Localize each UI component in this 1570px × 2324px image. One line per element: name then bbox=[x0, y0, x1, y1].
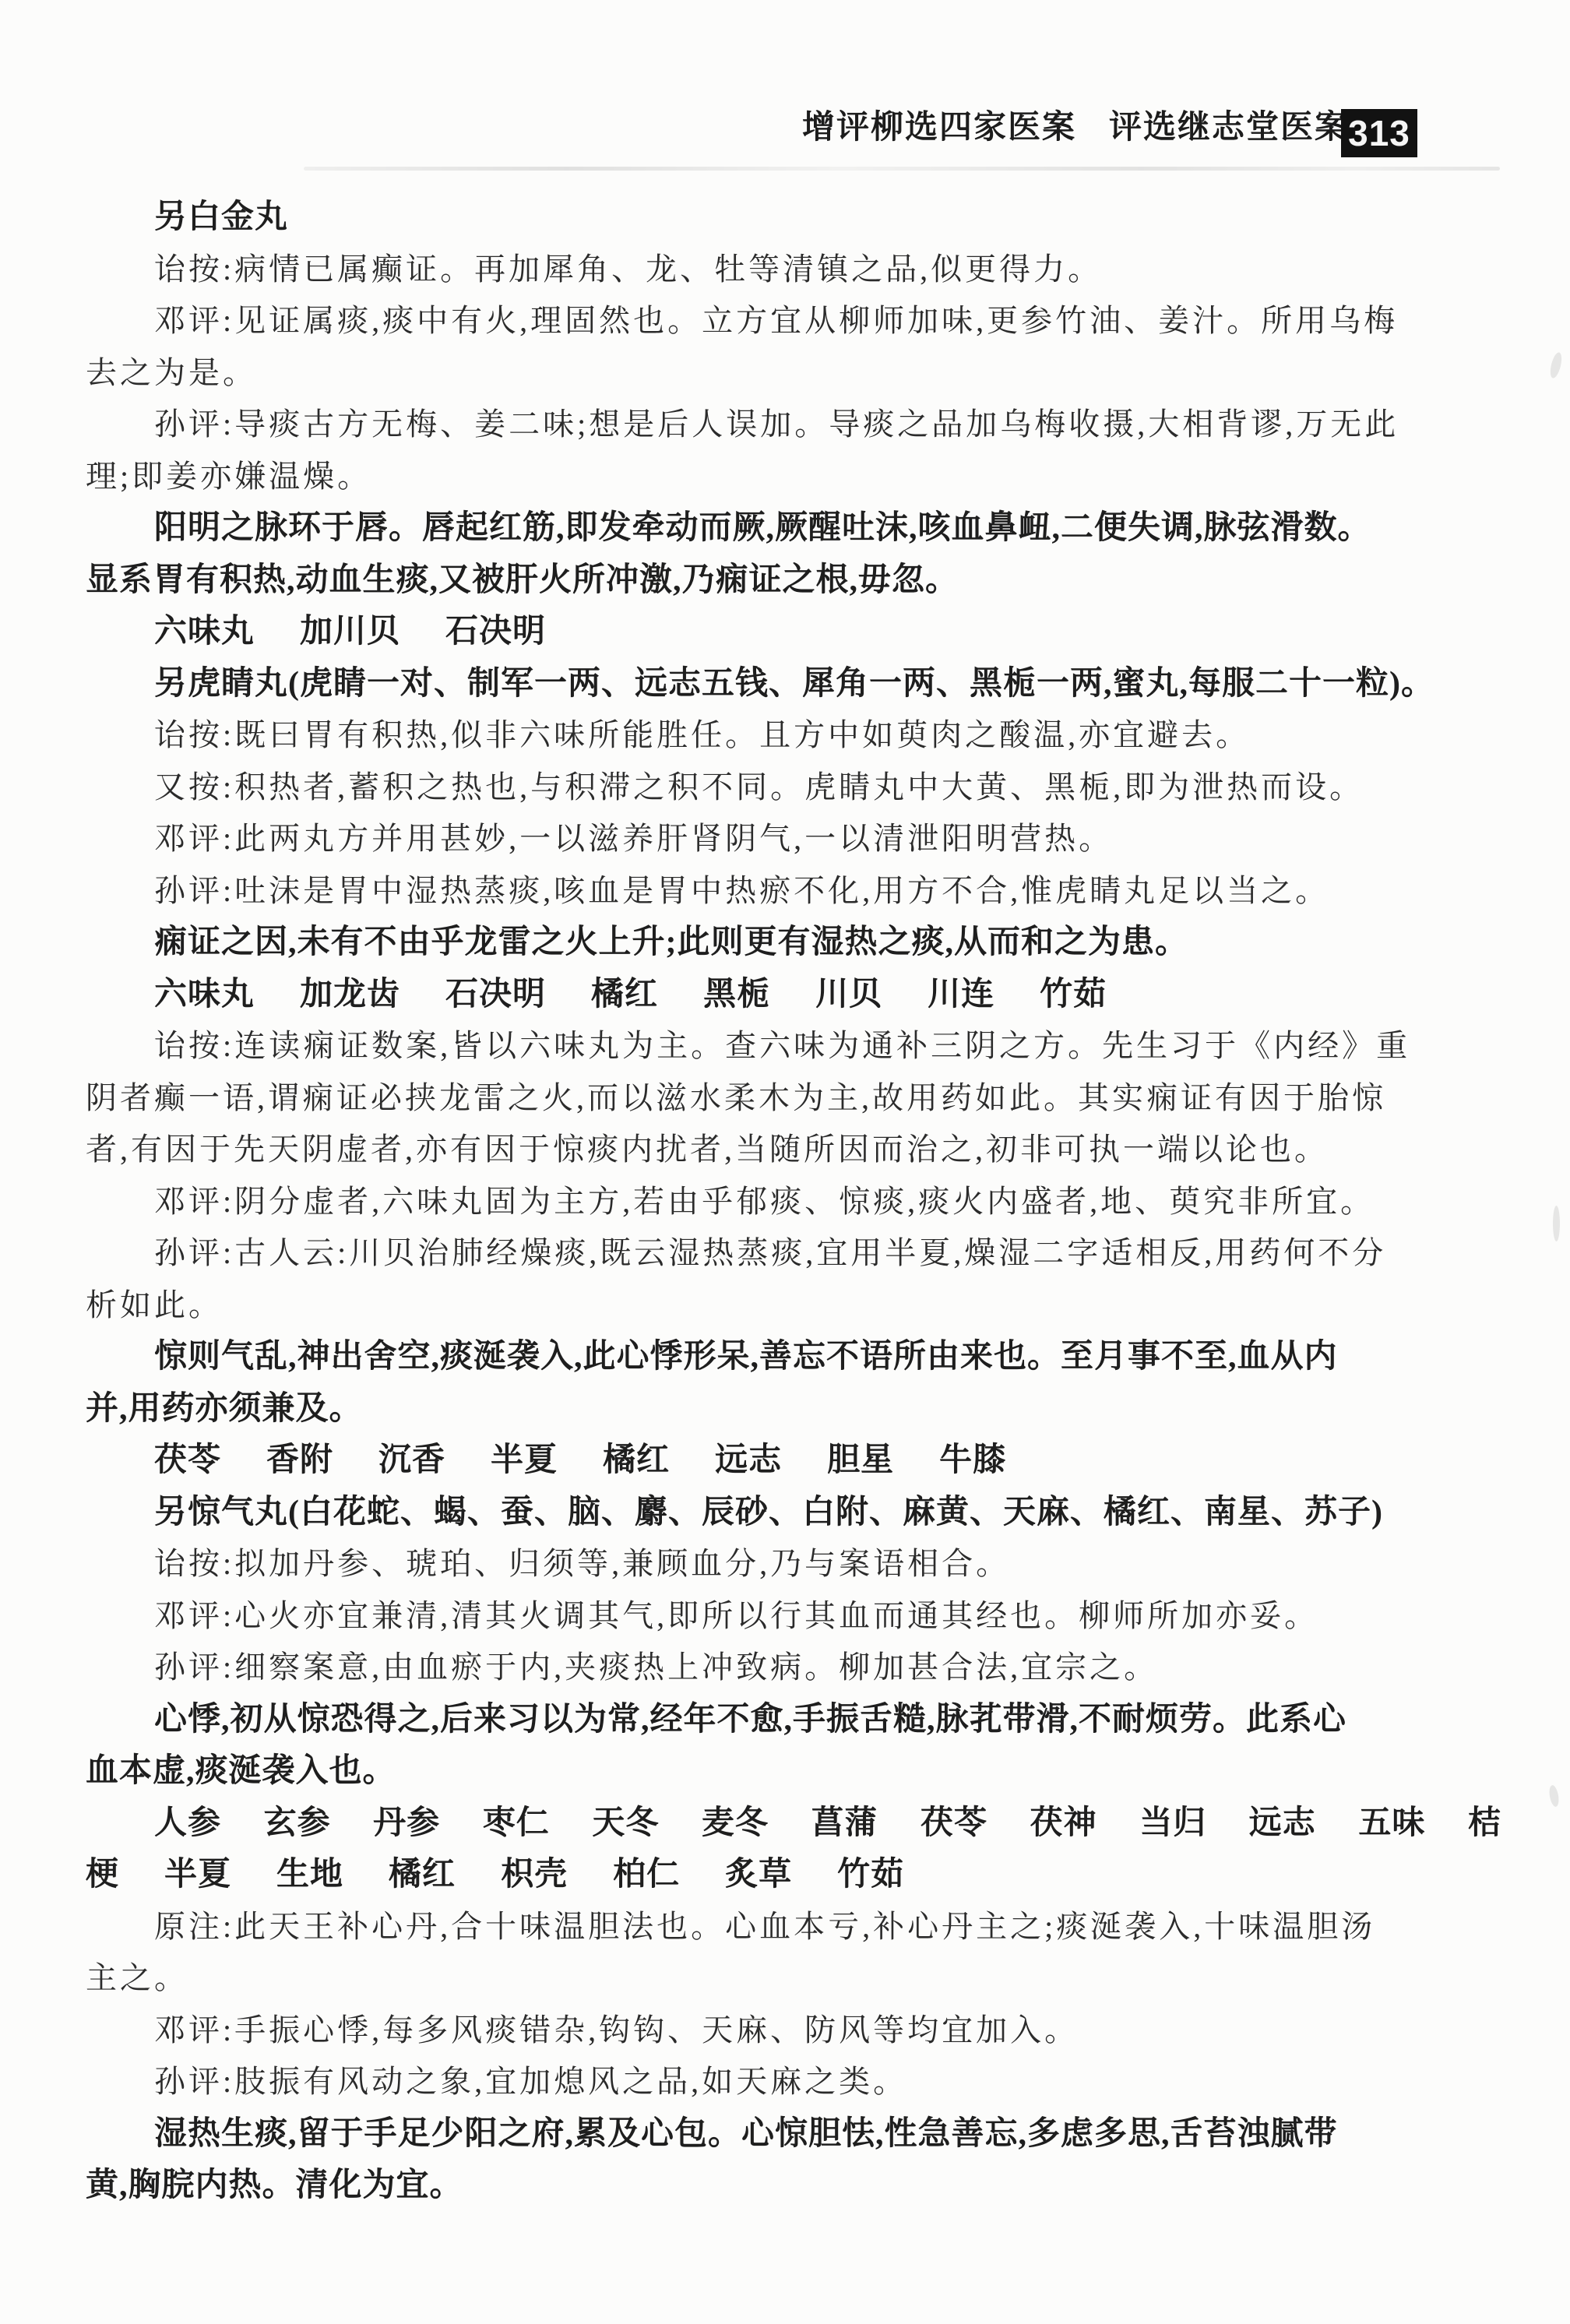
herb-item: 麦冬 bbox=[702, 1798, 769, 1850]
comment-line: 邓评:见证属痰,痰中有火,理固然也。立方宜从柳师加味,更参竹油、姜汁。所用乌梅 bbox=[86, 295, 1503, 347]
comment-line: 诒按:既曰胃有积热,似非六味所能胜任。且方中如萸肉之酸温,亦宜避去。 bbox=[86, 710, 1503, 762]
comment-line: 析如此。 bbox=[86, 1280, 1503, 1332]
herb-item: 香附 bbox=[266, 1435, 333, 1487]
herb-item: 桔 bbox=[1468, 1798, 1501, 1850]
prescription-line: 另虎睛丸(虎睛一对、制军一两、远志五钱、犀角一两、黑栀一两,蜜丸,每服二十一粒)… bbox=[86, 658, 1503, 710]
herb-list: 六味丸加龙齿石决明橘红黑栀川贝川连竹茹 bbox=[86, 969, 1503, 1021]
herb-item: 沉香 bbox=[378, 1435, 445, 1487]
scan-artifact bbox=[1548, 351, 1564, 379]
comment-line: 诒按:拟加丹参、琥珀、归须等,兼顾血分,乃与案语相合。 bbox=[86, 1538, 1503, 1590]
case-line: 湿热生痰,留于手足少阳之府,累及心包。心惊胆怯,性急善忘,多虑多思,舌苔浊腻带 bbox=[86, 2108, 1503, 2160]
herb-item: 黑栀 bbox=[703, 969, 770, 1021]
herb-item: 加龙齿 bbox=[300, 969, 400, 1021]
herb-item: 远志 bbox=[715, 1435, 782, 1487]
comment-line: 孙评:细察案意,由血瘀于内,夹痰热上冲致病。柳加甚合法,宜宗之。 bbox=[86, 1642, 1503, 1694]
comment-line: 又按:积热者,蓄积之热也,与积滞之积不同。虎睛丸中大黄、黑栀,即为泄热而设。 bbox=[86, 762, 1503, 814]
herb-item: 梗 bbox=[86, 1849, 119, 1901]
comment-line: 孙评:吐沫是胃中湿热蒸痰,咳血是胃中热瘀不化,用方不合,惟虎睛丸足以当之。 bbox=[86, 865, 1503, 917]
scan-artifact bbox=[1553, 1206, 1560, 1241]
case-line: 阳明之脉环于唇。唇起红筋,即发牵动而厥,厥醒吐沫,咳血鼻衄,二便失调,脉弦滑数。 bbox=[86, 502, 1503, 555]
herb-item: 竹茹 bbox=[837, 1849, 904, 1901]
comment-line: 邓评:心火亦宜兼清,清其火调其气,即所以行其血而通其经也。柳师所加亦妥。 bbox=[86, 1590, 1503, 1643]
comment-line: 去之为是。 bbox=[86, 347, 1503, 400]
herb-item: 胆星 bbox=[827, 1435, 894, 1487]
herb-list: 梗半夏生地橘红枳壳柏仁炙草竹茹 bbox=[86, 1849, 1503, 1901]
herb-item: 川贝 bbox=[815, 969, 882, 1021]
comment-line: 主之。 bbox=[86, 1953, 1503, 2005]
herb-item: 当归 bbox=[1139, 1798, 1206, 1850]
case-line: 心悸,初从惊恐得之,后来习以为常,经年不愈,手振舌糙,脉芤带滑,不耐烦劳。此系心 bbox=[86, 1694, 1503, 1746]
page-body: 另白金丸 诒按:病情已属癫证。再加犀角、龙、牡等清镇之品,似更得力。 邓评:见证… bbox=[86, 192, 1503, 2212]
comment-line: 邓评:阴分虚者,六味丸固为主方,若由乎郁痰、惊痰,痰火内盛者,地、萸究非所宜。 bbox=[86, 1176, 1503, 1228]
herb-list: 六味丸加川贝石决明 bbox=[86, 606, 1503, 658]
comment-line: 阴者癫一语,谓痫证必挟龙雷之火,而以滋水柔木为主,故用药如此。其实痫证有因于胎惊 bbox=[86, 1072, 1503, 1125]
herb-item: 柏仁 bbox=[613, 1849, 680, 1901]
herb-item: 半夏 bbox=[491, 1435, 558, 1487]
herb-item: 半夏 bbox=[164, 1849, 231, 1901]
case-line: 痫证之因,未有不由乎龙雷之火上升;此则更有湿热之痰,从而和之为患。 bbox=[86, 917, 1503, 969]
comment-line: 孙评:肢振有风动之象,宜加熄风之品,如天麻之类。 bbox=[86, 2056, 1503, 2108]
herb-item: 玄参 bbox=[264, 1798, 331, 1850]
herb-item: 炙草 bbox=[725, 1849, 792, 1901]
herb-item: 橘红 bbox=[389, 1849, 456, 1901]
comment-line: 邓评:手振心悸,每多风痰错杂,钩钩、天麻、防风等均宜加入。 bbox=[86, 2005, 1503, 2057]
book-title: 增评柳选四家医案 bbox=[802, 101, 1076, 148]
herb-item: 天冬 bbox=[592, 1798, 659, 1850]
herb-item: 竹茹 bbox=[1040, 969, 1107, 1021]
comment-line: 孙评:古人云:川贝治肺经燥痰,既云湿热蒸痰,宜用半夏,燥湿二字适相反,用药何不分 bbox=[86, 1227, 1503, 1280]
herb-item: 菖蒲 bbox=[811, 1798, 878, 1850]
herb-item: 枣仁 bbox=[483, 1798, 550, 1850]
comment-line: 者,有因于先天阴虚者,亦有因于惊痰内扰者,当随所因而治之,初非可执一端以论也。 bbox=[86, 1124, 1503, 1176]
herb-list: 人参玄参丹参枣仁天冬麦冬菖蒲茯苓茯神当归远志五味桔 bbox=[86, 1798, 1503, 1850]
herb-item: 橘红 bbox=[591, 969, 658, 1021]
comment-line: 原注:此天王补心丹,合十味温胆法也。心血本亏,补心丹主之;痰涎袭入,十味温胆汤 bbox=[86, 1901, 1503, 1953]
herb-list: 茯苓香附沉香半夏橘红远志胆星牛膝 bbox=[86, 1435, 1503, 1487]
case-line: 显系胃有积热,动血生痰,又被肝火所冲激,乃痫证之根,毋忽。 bbox=[86, 555, 1503, 607]
herb-item: 川连 bbox=[928, 969, 994, 1021]
section-heading: 另白金丸 bbox=[86, 192, 1503, 244]
case-line: 血本虚,痰涎袭入也。 bbox=[86, 1745, 1503, 1798]
herb-item: 茯神 bbox=[1030, 1798, 1097, 1850]
herb-item: 丹参 bbox=[373, 1798, 440, 1850]
herb-item: 五味 bbox=[1358, 1798, 1425, 1850]
herb-item: 茯苓 bbox=[921, 1798, 987, 1850]
comment-line: 邓评:此两丸方并用甚妙,一以滋养肝肾阴气,一以清泄阳明营热。 bbox=[86, 813, 1503, 865]
case-line: 并,用药亦须兼及。 bbox=[86, 1383, 1503, 1435]
case-line: 黄,胸脘内热。清化为宜。 bbox=[86, 2160, 1503, 2212]
herb-item: 人参 bbox=[154, 1798, 221, 1850]
herb-item: 牛膝 bbox=[939, 1435, 1006, 1487]
comment-line: 诒按:连读痫证数案,皆以六味丸为主。查六味为通补三阴之方。先生习于《内经》重 bbox=[86, 1020, 1503, 1072]
case-line: 惊则气乱,神出舍空,痰涎袭入,此心悸形呆,善忘不语所由来也。至月事不至,血从内 bbox=[86, 1331, 1503, 1383]
herb-item: 六味丸 bbox=[154, 606, 255, 658]
comment-line: 诒按:病情已属癫证。再加犀角、龙、牡等清镇之品,似更得力。 bbox=[86, 244, 1503, 296]
comment-line: 理;即姜亦嫌温燥。 bbox=[86, 451, 1503, 503]
scan-artifact bbox=[1548, 1784, 1561, 1807]
comment-line: 孙评:导痰古方无梅、姜二味;想是后人误加。导痰之品加乌梅收摄,大相背谬,万无此 bbox=[86, 399, 1503, 451]
herb-item: 橘红 bbox=[603, 1435, 670, 1487]
herb-item: 石决明 bbox=[445, 969, 546, 1021]
herb-item: 生地 bbox=[276, 1849, 343, 1901]
herb-item: 茯苓 bbox=[154, 1435, 221, 1487]
book-page: 增评柳选四家医案 评选继志堂医案两卷 313 另白金丸 诒按:病情已属癫证。再加… bbox=[0, 0, 1570, 2324]
prescription-line: 另惊气丸(白花蛇、蝎、蚕、脑、麝、辰砂、白附、麻黄、天麻、橘红、南星、苏子) bbox=[86, 1487, 1503, 1539]
page-number-badge: 313 bbox=[1341, 109, 1417, 157]
herb-item: 加川贝 bbox=[300, 606, 400, 658]
herb-item: 石决明 bbox=[445, 606, 546, 658]
herb-item: 枳壳 bbox=[501, 1849, 568, 1901]
header-rule bbox=[304, 167, 1500, 171]
page-header: 增评柳选四家医案 评选继志堂医案两卷 bbox=[802, 100, 1417, 150]
herb-item: 六味丸 bbox=[154, 969, 255, 1021]
herb-item: 远志 bbox=[1249, 1798, 1316, 1850]
